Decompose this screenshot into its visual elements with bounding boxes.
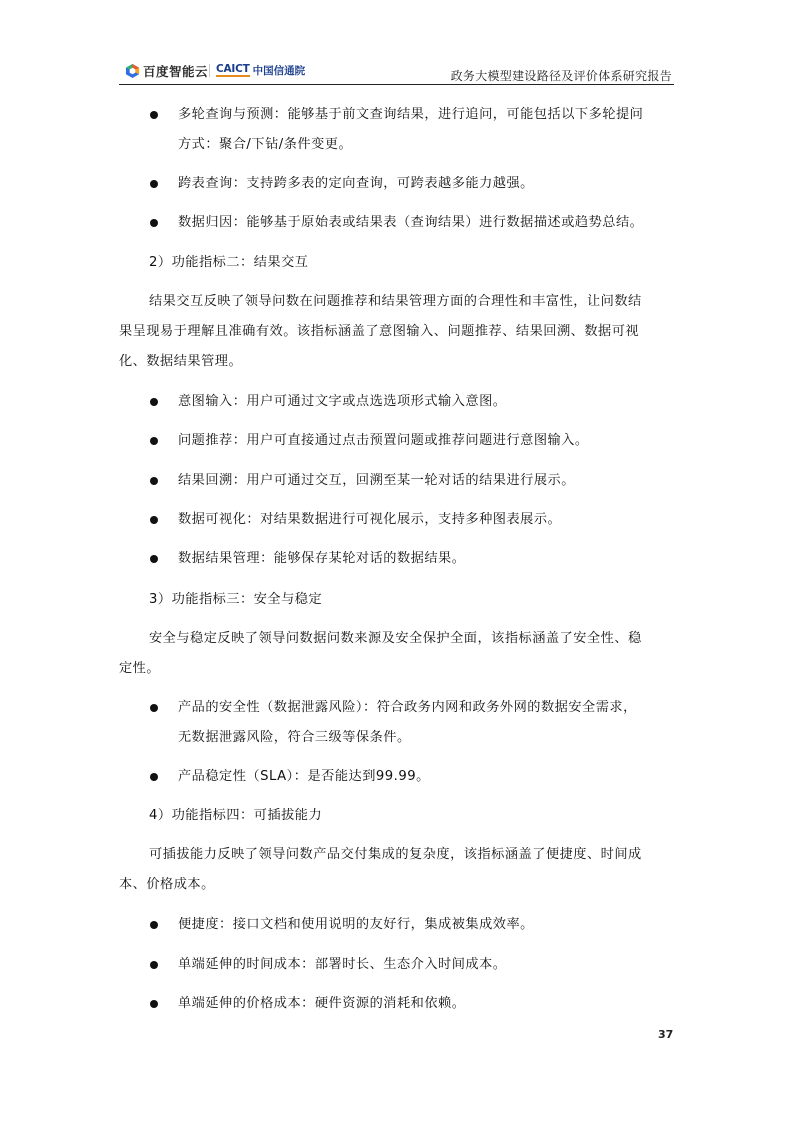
bullet-icon [150, 704, 158, 712]
bullet-icon [150, 219, 158, 227]
bullet-icon [150, 111, 158, 119]
bullet-icon [150, 555, 158, 563]
bullet-icon [150, 1000, 158, 1008]
bullet-icon [150, 398, 158, 406]
section-heading: 2）功能指标二：结果交互 [149, 255, 308, 271]
bullet-icon [150, 477, 158, 485]
list-item-text: 产品稳定性（SLA）：是否能达到99.99。 [178, 769, 430, 785]
list-item-text-continued: 无数据泄露风险，符合三级等保条件。 [178, 730, 411, 746]
header-divider [119, 84, 674, 85]
paragraph-line: 化、数据结果管理。 [119, 354, 242, 370]
list-item-text: 意图输入：用户可通过文字或点选选项形式输入意图。 [178, 394, 507, 410]
list-item-text: 问题推荐：用户可直接通过点击预置问题或推荐问题进行意图输入。 [178, 433, 589, 449]
baidu-cloud-logo: 百度智能云 [125, 62, 208, 80]
bullet-icon [150, 180, 158, 188]
list-item-text-continued: 方式：聚合/下钻/条件变更。 [178, 137, 352, 153]
baidu-cloud-hexagon-icon [125, 63, 140, 79]
bullet-icon [150, 516, 158, 524]
bullet-icon [150, 437, 158, 445]
caict-logo-en: CAICT [216, 64, 250, 77]
caict-logo: CAICT 中国信通院 [216, 63, 305, 78]
paragraph-line: 果呈现易于理解且准确有效。该指标涵盖了意图输入、问题推荐、结果回溯、数据可视 [119, 324, 639, 340]
list-item-text: 便捷度：接口文档和使用说明的友好行，集成被集成效率。 [178, 917, 534, 933]
list-item-text: 数据归因：能够基于原始表或结果表（查询结果）进行数据描述或趋势总结。 [178, 215, 643, 231]
list-item-text: 多轮查询与预测：能够基于前文查询结果，进行追问，可能包括以下多轮提问 [178, 107, 643, 123]
paragraph-line: 定性。 [119, 661, 160, 677]
paragraph-line: 结果交互反映了领导问数在问题推荐和结果管理方面的合理性和丰富性，让问数结 [149, 294, 642, 310]
paragraph-line: 本、价格成本。 [119, 877, 215, 893]
baidu-cloud-logo-text: 百度智能云 [143, 62, 208, 80]
list-item-text: 单端延伸的时间成本：部署时长、生态介入时间成本。 [178, 957, 507, 973]
section-heading: 3）功能指标三：安全与稳定 [149, 592, 322, 608]
list-item-text: 产品的安全性（数据泄露风险）：符合政务内网和政务外网的数据安全需求， [178, 700, 637, 716]
document-title: 政务大模型建设路径及评价体系研究报告 [451, 67, 672, 84]
bullet-icon [150, 773, 158, 781]
paragraph-line: 安全与稳定反映了领导问数据问数来源及安全保护全面，该指标涵盖了安全性、稳 [149, 631, 642, 647]
bullet-icon [150, 961, 158, 969]
list-item-text: 数据结果管理：能够保存某轮对话的数据结果。 [178, 551, 465, 567]
page-header: 百度智能云 CAICT 中国信通院 政务大模型建设路径及评价体系研究报告 [119, 58, 674, 86]
section-heading: 4）功能指标四：可插拔能力 [149, 808, 322, 824]
list-item-text: 结果回溯：用户可通过交互，回溯至某一轮对话的结果进行展示。 [178, 473, 575, 489]
bullet-icon [150, 921, 158, 929]
list-item-text: 数据可视化：对结果数据进行可视化展示，支持多种图表展示。 [178, 512, 561, 528]
list-item-text: 跨表查询：支持跨多表的定向查询，可跨表越多能力越强。 [178, 176, 534, 192]
caict-logo-cn: 中国信通院 [253, 63, 306, 78]
list-item-text: 单端延伸的价格成本：硬件资源的消耗和依赖。 [178, 996, 465, 1012]
page-number: 37 [658, 1028, 673, 1041]
logo-divider [209, 64, 210, 77]
paragraph-line: 可插拔能力反映了领导问数产品交付集成的复杂度，该指标涵盖了便捷度、时间成 [149, 847, 642, 863]
